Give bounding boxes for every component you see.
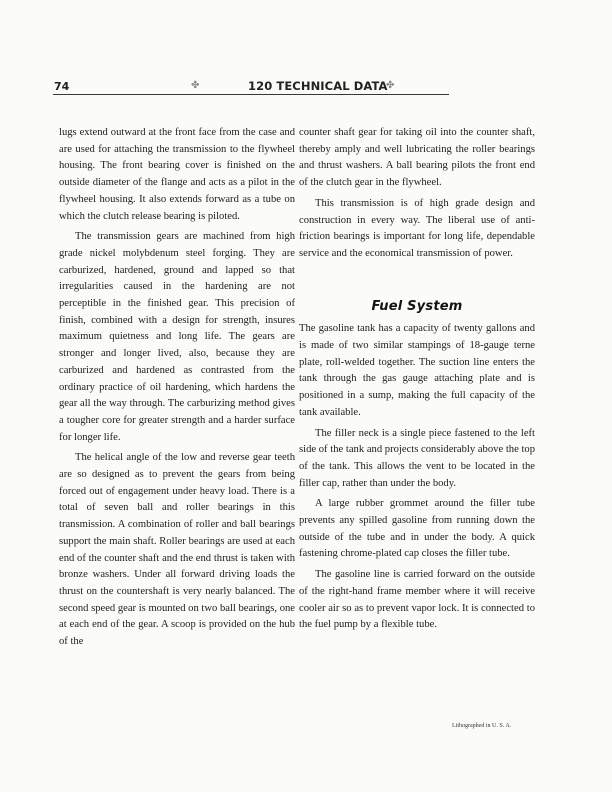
page-header: 74 ✤ 120 TECHNICAL DATA ✤ <box>53 78 449 95</box>
paragraph: The transmission gears are machined from… <box>59 229 295 446</box>
paragraph: This transmission is of high grade desig… <box>299 196 535 263</box>
left-column: lugs extend outward at the front face fr… <box>59 125 295 651</box>
paragraph: The filler neck is a single piece fasten… <box>299 426 535 493</box>
paragraph: The helical angle of the low and reverse… <box>59 450 295 650</box>
paragraph: counter shaft gear for taking oil into t… <box>299 125 535 192</box>
right-column: counter shaft gear for taking oil into t… <box>299 125 535 634</box>
section-heading-fuel-system: Fuel System <box>299 299 535 316</box>
colophon: Lithographed in U. S. A. <box>452 723 511 729</box>
paragraph: The gasoline tank has a capacity of twen… <box>299 321 535 421</box>
ornament-icon: ✤ <box>191 80 199 91</box>
paragraph: lugs extend outward at the front face fr… <box>59 125 295 225</box>
paragraph: A large rubber grommet around the filler… <box>299 496 535 563</box>
ornament-icon: ✤ <box>386 80 394 91</box>
paragraph: The gasoline line is carried forward on … <box>299 567 535 634</box>
page-number: 74 <box>54 80 69 93</box>
running-title: 120 TECHNICAL DATA <box>248 79 388 93</box>
